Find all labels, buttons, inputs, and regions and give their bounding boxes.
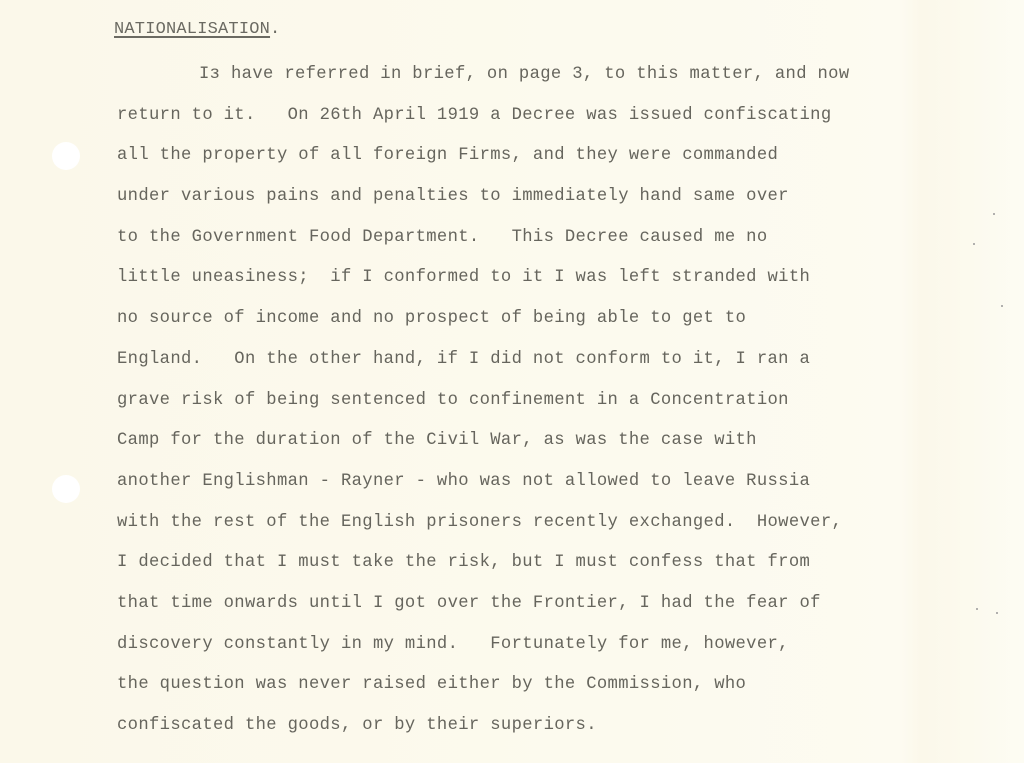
text-line: confiscated the goods, or by their super… bbox=[117, 712, 850, 753]
text-line: return to it. On 26th April 1919 a Decre… bbox=[117, 102, 850, 143]
paper-speck bbox=[976, 608, 978, 610]
text-line: no source of income and no prospect of b… bbox=[117, 305, 850, 346]
text-line: that time onwards until I got over the F… bbox=[117, 590, 850, 631]
body-text: Iз have referred in brief, on page 3, to… bbox=[117, 61, 850, 753]
punch-hole bbox=[52, 142, 80, 170]
text-line: England. On the other hand, if I did not… bbox=[117, 346, 850, 387]
text-line: to the Government Food Department. This … bbox=[117, 224, 850, 265]
heading-period: . bbox=[270, 20, 280, 39]
text-line: with the rest of the English prisoners r… bbox=[117, 509, 850, 550]
text-line: another Englishman - Rayner - who was no… bbox=[117, 468, 850, 509]
paper-speck bbox=[973, 243, 975, 245]
text-line: the question was never raised either by … bbox=[117, 671, 850, 712]
document-page: NATIONALISATION. Iз have referred in bri… bbox=[0, 0, 1024, 763]
text-line: I decided that I must take the risk, but… bbox=[117, 549, 850, 590]
text-line: little uneasiness; if I conformed to it … bbox=[117, 264, 850, 305]
text-line: under various pains and penalties to imm… bbox=[117, 183, 850, 224]
punch-hole bbox=[52, 475, 80, 503]
text-line: grave risk of being sentenced to confine… bbox=[117, 387, 850, 428]
text-line: all the property of all foreign Firms, a… bbox=[117, 142, 850, 183]
paper-speck bbox=[1001, 305, 1003, 307]
heading-text: NATIONALISATION bbox=[114, 20, 270, 39]
text-line: Camp for the duration of the Civil War, … bbox=[117, 427, 850, 468]
paper-speck bbox=[996, 612, 998, 614]
text-line: Iз have referred in brief, on page 3, to… bbox=[117, 61, 850, 102]
section-heading: NATIONALISATION. bbox=[114, 20, 280, 39]
text-line: discovery constantly in my mind. Fortuna… bbox=[117, 631, 850, 672]
paper-speck bbox=[993, 213, 995, 215]
